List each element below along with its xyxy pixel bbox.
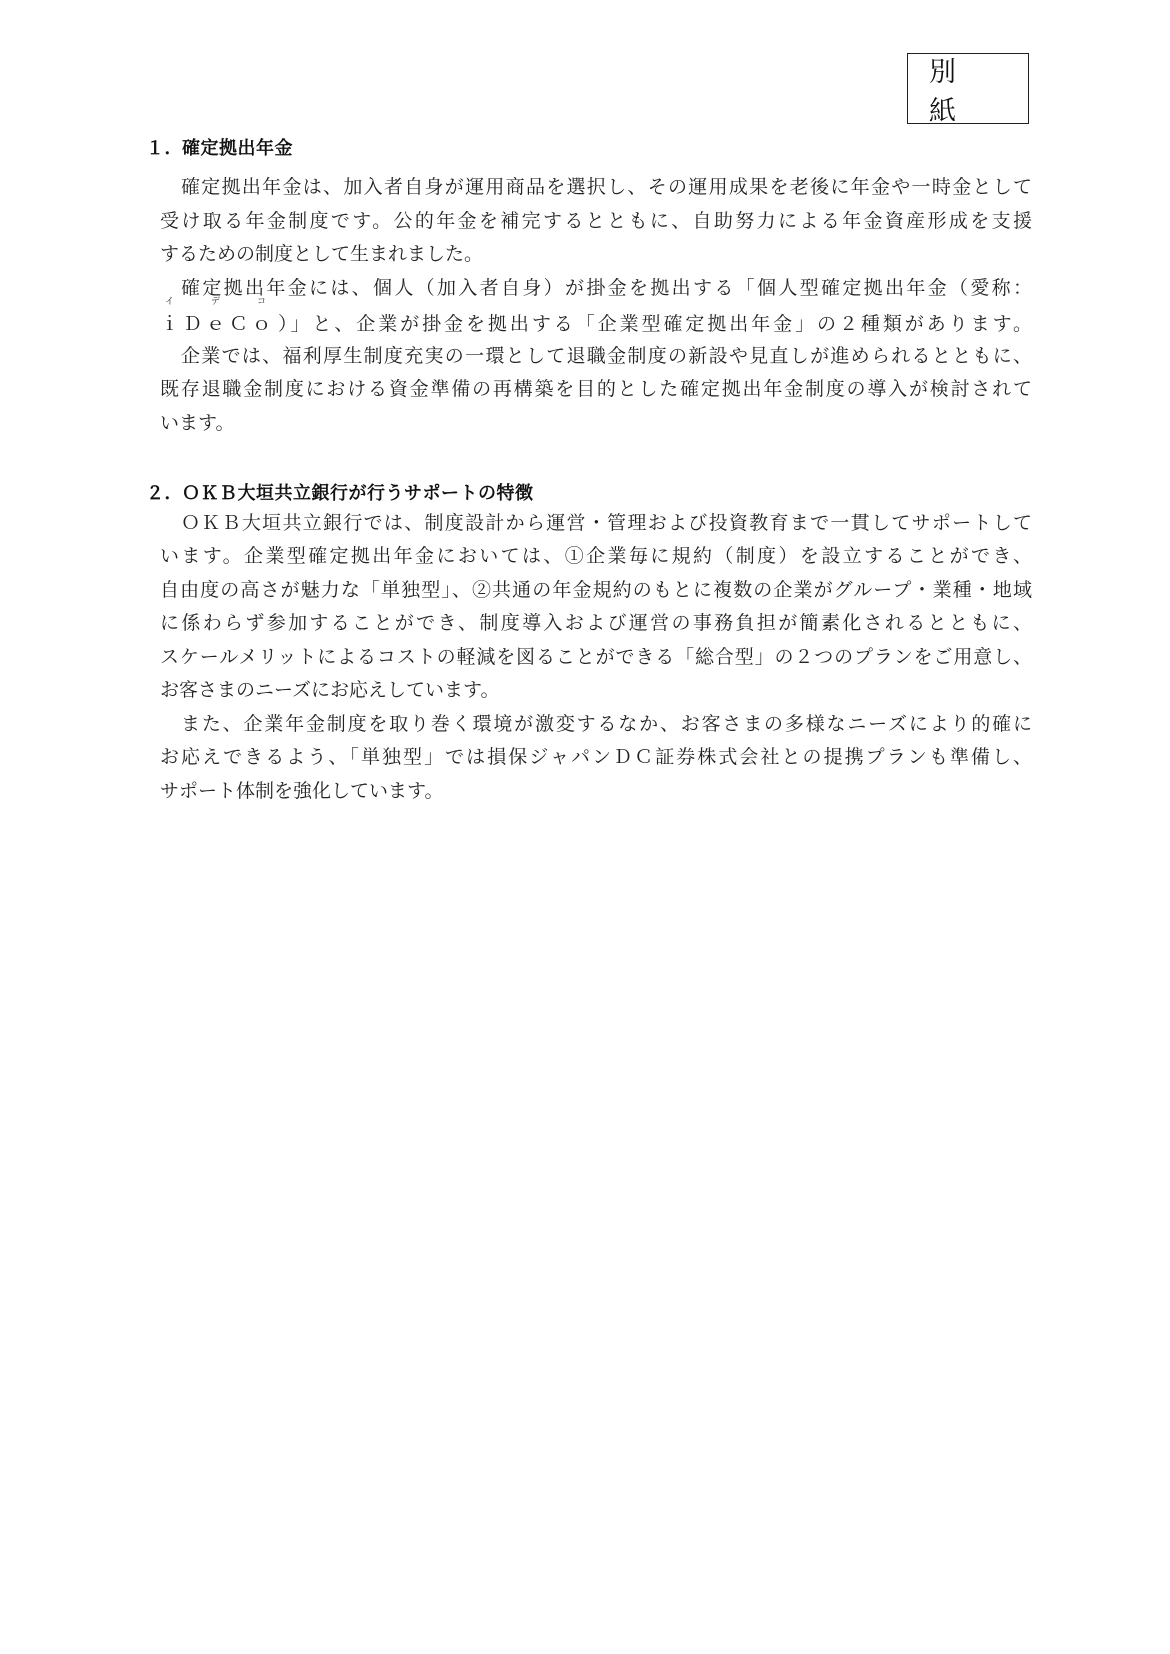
- paragraph-line: サポート体制を強化しています。: [160, 779, 1032, 803]
- ideco-line-rest: ）」と、企業が掛金を拠出する「企業型確定拠出年金」の２種類があります。: [275, 313, 1032, 335]
- paragraph-line: います。企業型確定拠出年金においては、①企業毎に規約（制度）を設立することができ…: [160, 544, 1032, 568]
- attachment-label-box: 別 紙: [907, 53, 1029, 124]
- ruby-i: イ: [165, 297, 178, 307]
- document-page: 別 紙 １．確定拠出年金 確定拠出年金は、加入者自身が運用商品を選択し、その運用…: [0, 0, 1170, 1654]
- paragraph-line: います。: [160, 411, 1032, 435]
- section-2-title: ＯＫＢ大垣共立銀行が行うサポートの特徴: [182, 483, 534, 504]
- ideco-term: ｉイＤｅデＣｏコ: [160, 313, 275, 335]
- paragraph-line-ideco: ｉイＤｅデＣｏコ）」と、企業が掛金を拠出する「企業型確定拠出年金」の２種類があり…: [160, 312, 1032, 336]
- paragraph-line: するための制度として生まれました。: [160, 242, 1032, 266]
- paragraph-line: 確定拠出年金には、個人（加入者自身）が掛金を拠出する「個人型確定拠出年金（愛称：: [160, 276, 1032, 300]
- paragraph-line: 自由度の高さが魅力な「単独型」、②共通の年金規約のもとに複数の企業がグループ・業…: [160, 578, 1032, 602]
- ideco-letter-i: ｉイ: [160, 312, 183, 336]
- paragraph-line: また、企業年金制度を取り巻く環境が激変するなか、お客さまの多様なニーズにより的確…: [160, 712, 1032, 736]
- paragraph-line: ＯＫＢ大垣共立銀行では、制度設計から運営・管理および投資教育まで一貫してサポート…: [160, 511, 1032, 535]
- ruby-de: デ: [211, 297, 224, 307]
- ruby-ko: コ: [257, 297, 270, 307]
- section-1-heading: １．確定拠出年金: [146, 134, 293, 160]
- ideco-letter-d: Ｄ: [183, 312, 206, 336]
- paragraph-line: お応えできるよう、「単独型」では損保ジャパンＤＣ証券株式会社との提携プランも準備…: [160, 745, 1032, 769]
- section-1-title: 確定拠出年金: [182, 138, 293, 159]
- section-1-number: １．: [146, 134, 182, 160]
- section-2-heading: ２．ＯＫＢ大垣共立銀行が行うサポートの特徴: [146, 479, 534, 505]
- ideco-letter-e: ｅデ: [206, 312, 229, 336]
- attachment-label: 別 紙: [929, 50, 1031, 128]
- paragraph-line: 既存退職金制度における資金準備の再構築を目的とした確定拠出年金制度の導入が検討さ…: [160, 377, 1032, 401]
- ideco-letter-c: Ｃ: [229, 312, 252, 336]
- paragraph-line: お客さまのニーズにお応えしています。: [160, 678, 1032, 702]
- paragraph-line: スケールメリットによるコストの軽減を図ることができる「総合型」の２つのプランをご…: [160, 645, 1032, 669]
- paragraph-line: 確定拠出年金は、加入者自身が運用商品を選択し、その運用成果を老後に年金や一時金と…: [160, 175, 1032, 199]
- paragraph-line: に係わらず参加することができ、制度導入および運営の事務負担が簡素化されるとともに…: [160, 611, 1032, 635]
- section-2-number: ２．: [146, 479, 182, 505]
- ideco-letter-o: ｏコ: [252, 312, 275, 336]
- paragraph-line: 受け取る年金制度です。公的年金を補完するとともに、自助努力による年金資産形成を支…: [160, 209, 1032, 233]
- paragraph-line: 企業では、福利厚生制度充実の一環として退職金制度の新設や見直しが進められるととも…: [160, 344, 1032, 368]
